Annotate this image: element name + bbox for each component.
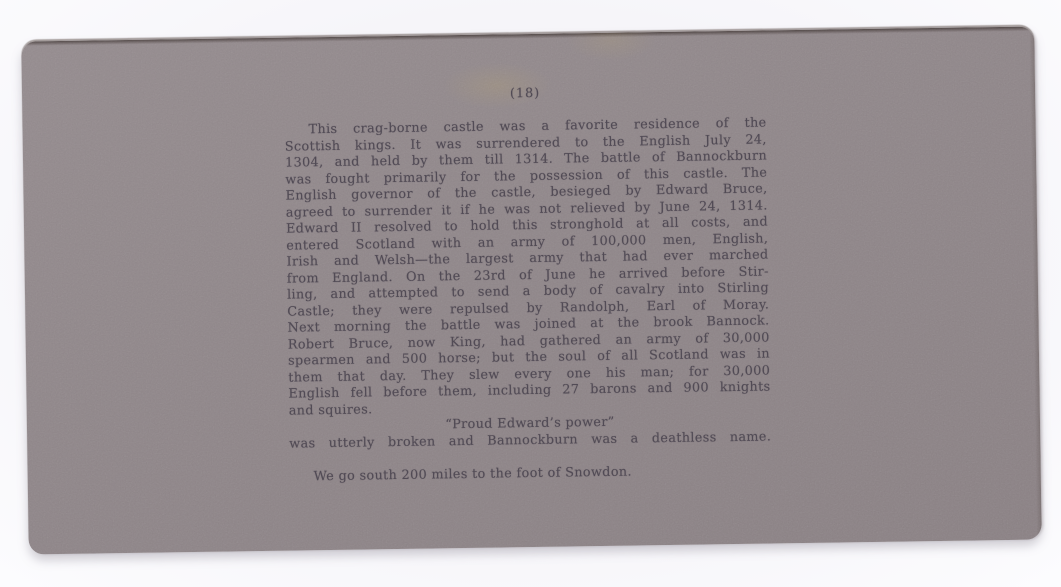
scan-background: (18) This crag-borne castle was a favori… [0, 0, 1061, 587]
printed-text: (18) This crag-borne castle was a favori… [284, 82, 772, 485]
paper-stain [566, 27, 657, 62]
card-number: (18) [284, 82, 766, 106]
closing-line: We go south 200 miles to the foot of Sno… [290, 462, 772, 486]
stereocard-back: (18) This crag-borne castle was a favori… [21, 27, 1041, 555]
main-paragraph: This crag-borne castle was a favorite re… [284, 115, 770, 419]
